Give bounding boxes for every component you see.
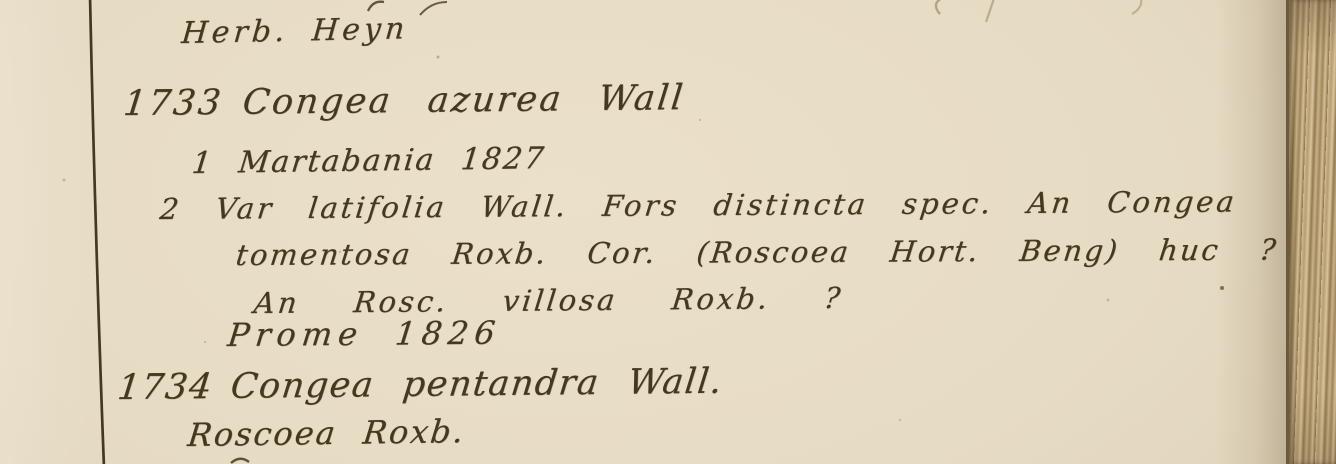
cutoff-ink-stroke [368, 2, 384, 11]
cutoff-pencil-stroke [1132, 0, 1141, 14]
entry-1734-title-line: 1734Congea pentandra Wall. [116, 362, 726, 408]
paper-speck [1107, 299, 1110, 302]
entry-1733-note-line: tomentosa Roxb. Cor. (Roscoea Hort. Beng… [234, 233, 1280, 272]
paper-speck [437, 56, 440, 59]
manuscript-page: Herb. Heyn 1733Congea azurea Wall 1 Mart… [0, 0, 1336, 464]
entry-1733-note-line: 1 Martabania 1827 [190, 141, 547, 181]
paper-speck [204, 341, 206, 343]
entry-number: 1734 [116, 367, 216, 408]
entry-title: Congea azurea Wall [241, 78, 687, 123]
book-fore-edge [1286, 0, 1336, 464]
paper-speck [63, 179, 66, 182]
cutoff-pencil-stroke [986, 0, 994, 22]
cutoff-ink-stroke [420, 2, 447, 15]
entry-1733-title-line: 1733Congea azurea Wall [122, 78, 688, 124]
cutoff-pencil-stroke [936, 0, 942, 14]
herbarium-attribution-line: Herb. Heyn [180, 11, 410, 51]
paper-speck [699, 119, 701, 121]
entry-1734-note-line: Roscoea Roxb. [186, 412, 467, 454]
paper-speck [899, 419, 901, 421]
margin-rule-line [90, 0, 104, 464]
entry-number: 1733 [122, 83, 226, 124]
cutoff-ink-stroke [231, 459, 249, 463]
entry-1733-locality-line: Prome 1826 [226, 314, 503, 354]
entry-title: Congea pentandra Wall. [229, 362, 726, 407]
